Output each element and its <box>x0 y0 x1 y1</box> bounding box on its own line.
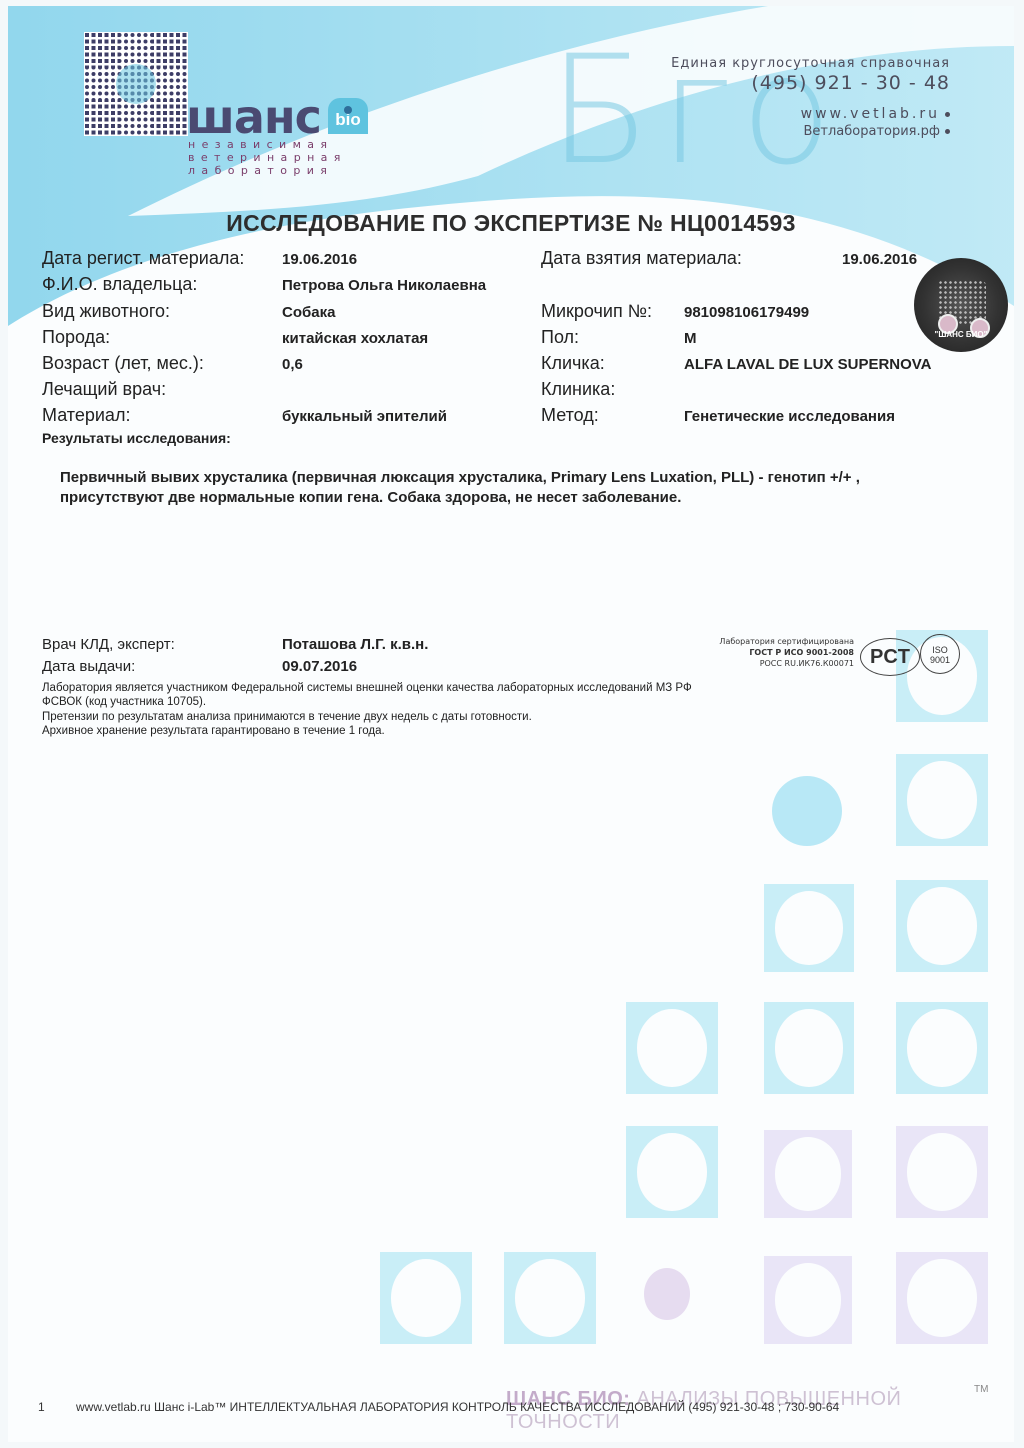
website-text[interactable]: www.vetlab.ru <box>801 106 940 122</box>
field-label: Метод: <box>541 405 599 426</box>
field-label: Пол: <box>541 327 579 348</box>
cert-standard: ГОСТ Р ИСО 9001-2008 <box>684 647 854 658</box>
watermark-square <box>764 884 854 972</box>
website-link[interactable]: www.vetlab.ru <box>671 106 950 122</box>
hotline-phone: (495) 921 - 30 - 48 <box>671 72 950 94</box>
issue-date: 09.07.2016 <box>282 658 357 675</box>
watermark-circle <box>772 776 842 846</box>
field-label: Лечащий врач: <box>42 379 166 400</box>
iso-9001-icon: ISO 9001 <box>920 634 960 674</box>
field-label: Врач КЛД, эксперт: <box>42 636 175 653</box>
watermark-circle <box>644 1268 690 1320</box>
field-label: Кличка: <box>541 353 605 374</box>
watermark-square <box>764 1256 852 1344</box>
watermark-square <box>764 1130 852 1218</box>
logo-subtitle-line: лаборатория <box>188 164 333 177</box>
results-heading: Результаты исследования: <box>42 430 231 446</box>
field-label: Материал: <box>42 405 130 426</box>
watermark-square <box>896 754 988 846</box>
watermark-square <box>896 880 988 972</box>
registration-date: 19.06.2016 <box>282 251 357 268</box>
website-rf-text[interactable]: Ветлаборатория.рф <box>804 124 941 139</box>
watermark-square <box>896 1126 988 1218</box>
breed: китайская хохлатая <box>282 330 428 347</box>
age: 0,6 <box>282 356 303 373</box>
watermark-square <box>764 1002 854 1094</box>
field-label: Порода: <box>42 327 110 348</box>
watermark-square <box>380 1252 472 1344</box>
note-line: Архивное хранение результата гарантирова… <box>42 724 385 739</box>
note-line: Претензии по результатам анализа принима… <box>42 710 532 725</box>
hotline-label: Единая круглосуточная справочная <box>671 56 950 71</box>
watermark-square <box>896 1252 988 1344</box>
expert-name: Поташова Л.Г. к.в.н. <box>282 636 428 653</box>
field-label: Микрочип №: <box>541 301 652 322</box>
logo-bio-badge: bio <box>328 98 368 134</box>
watermark-square <box>626 1002 718 1094</box>
bullet-icon <box>945 129 950 134</box>
owner-name: Петрова Ольга Николаевна <box>282 277 486 294</box>
watermark-square <box>896 1002 988 1094</box>
cert-number: РОСС RU.ИК76.К00071 <box>684 658 854 669</box>
cert-line: Лаборатория сертифицирована <box>684 636 854 647</box>
contact-block: Единая круглосуточная справочная (495) 9… <box>671 56 950 139</box>
rst-certification-icon: PCT <box>860 638 920 676</box>
pet-name: ALFA LAVAL DE LUX SUPERNOVA <box>684 356 932 373</box>
microchip-number: 981098106179499 <box>684 304 809 321</box>
lab-report-page: шанс bio независимая ветеринарная лабора… <box>8 6 1014 1442</box>
field-label: Ф.И.О. владельца: <box>42 274 197 295</box>
field-label: Дата выдачи: <box>42 658 135 675</box>
watermark-square <box>504 1252 596 1344</box>
logo-subtitle-line: ветеринарная <box>188 151 347 164</box>
watermark-square <box>626 1126 718 1218</box>
page-number: 1 <box>38 1400 45 1414</box>
animal-species: Собака <box>282 304 335 321</box>
document-title: ИССЛЕДОВАНИЕ ПО ЭКСПЕРТИЗЕ № НЦ0014593 <box>8 210 1014 237</box>
note-line: Лаборатория является участником Федераль… <box>42 681 692 696</box>
logo-subtitle-line: независимая <box>188 138 333 151</box>
logo-dot-grid-icon <box>84 32 188 136</box>
collection-date: 19.06.2016 <box>842 251 917 268</box>
field-label: Дата регист. материала: <box>42 248 244 269</box>
field-label: Вид животного: <box>42 301 170 322</box>
footer-text: www.vetlab.ru Шанс i-Lab™ ИНТЕЛЛЕКТУАЛЬН… <box>76 1400 839 1414</box>
field-label: Возраст (лет, мес.): <box>42 353 204 374</box>
trademark-mark: TM <box>974 1384 988 1395</box>
field-label: Дата взятия материала: <box>541 248 742 269</box>
sex: М <box>684 330 697 347</box>
results-text: Первичный вывих хрусталика (первичная лю… <box>60 468 960 508</box>
logo-wordmark: шанс <box>186 94 321 140</box>
note-line: ФСВОК (код участника 10705). <box>42 695 206 710</box>
certification-block: Лаборатория сертифицирована ГОСТ Р ИСО 9… <box>684 636 854 669</box>
seal-text: "ШАНС БИО" <box>914 330 1008 339</box>
method: Генетические исследования <box>684 408 895 425</box>
website-rf-link[interactable]: Ветлаборатория.рф <box>671 124 950 139</box>
bullet-icon <box>945 112 950 117</box>
field-label: Клиника: <box>541 379 615 400</box>
lab-seal-stamp: "ШАНС БИО" <box>914 258 1008 352</box>
material: буккальный эпителий <box>282 408 447 425</box>
